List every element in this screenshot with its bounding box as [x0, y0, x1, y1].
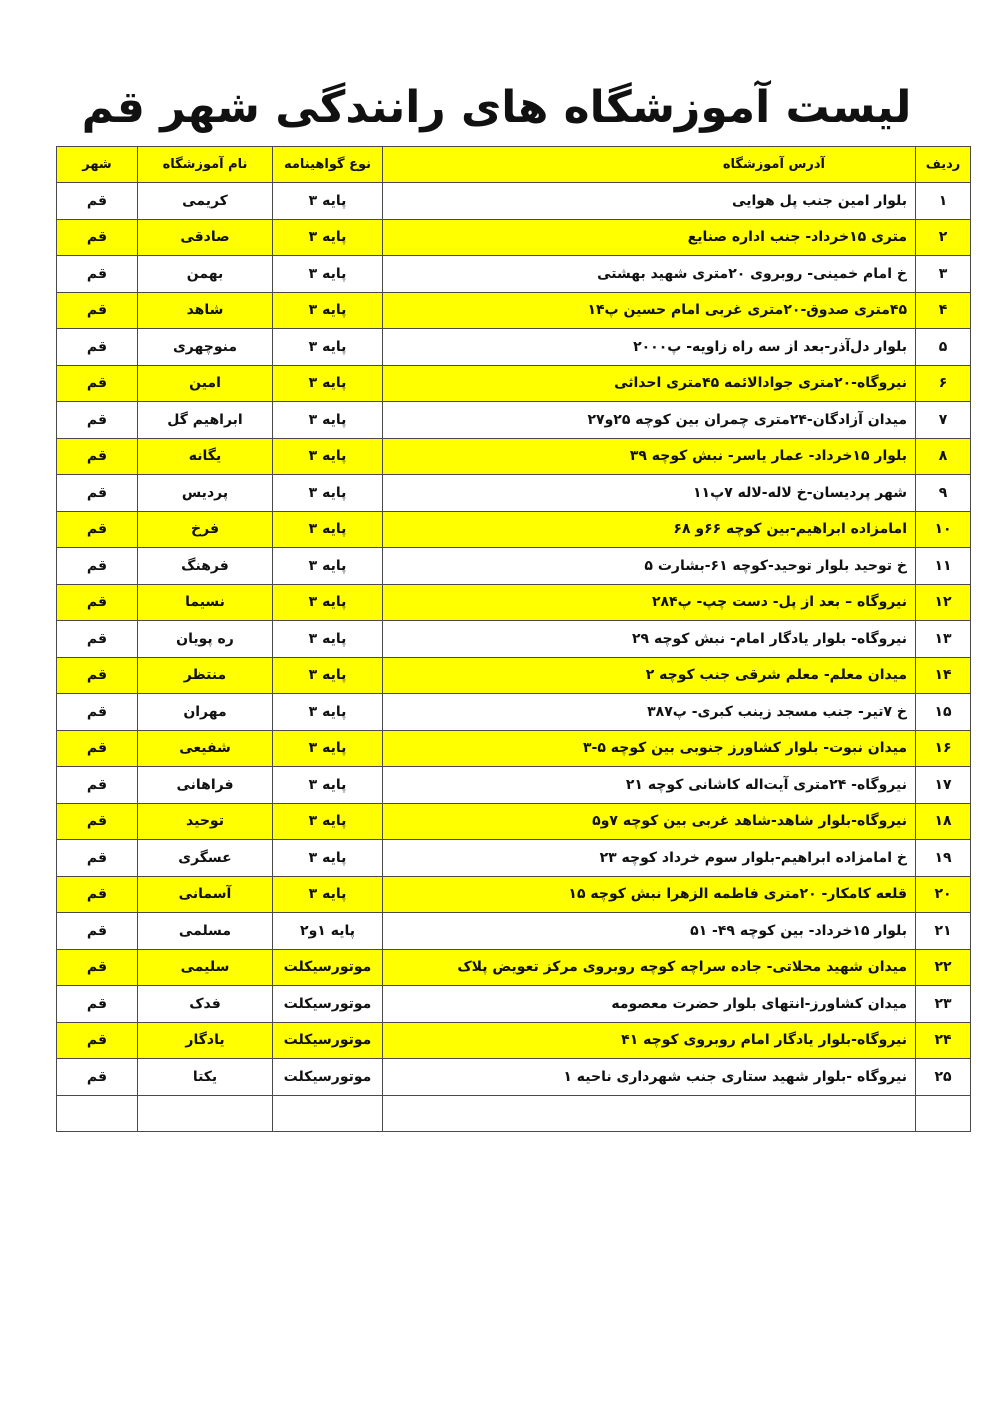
- header-school-name: نام آموزشگاه: [138, 147, 273, 183]
- certificate-type-cell: پایه ۳: [273, 511, 383, 548]
- table-row: ۱۵خ ۷تیر- جنب مسجد زینب کبری- پ۳۸۷پایه ۳…: [57, 694, 971, 731]
- city-cell: قم: [57, 694, 138, 731]
- school-name-cell: نسیما: [138, 584, 273, 621]
- row-number-cell: [916, 1095, 971, 1132]
- page-title: لیست آموزشگاه های رانندگی شهر قم: [0, 78, 993, 138]
- table-row: ۱۹خ امامزاده ابراهیم-بلوار سوم خرداد کوچ…: [57, 840, 971, 877]
- school-name-cell: فرهنگ: [138, 548, 273, 585]
- certificate-type-cell: موتورسیکلت: [273, 1059, 383, 1096]
- driving-schools-table: ردیف آدرس آموزشگاه نوع گواهینامه نام آمو…: [56, 146, 971, 1132]
- row-number-cell: ۴: [916, 292, 971, 329]
- table-row: ۱۸نیروگاه-بلوار شاهد-شاهد غربی بین کوچه …: [57, 803, 971, 840]
- certificate-type-cell: پایه ۳: [273, 584, 383, 621]
- table-row: ۲۲میدان شهید محلاتی- جاده سراچه کوچه روب…: [57, 949, 971, 986]
- city-cell: قم: [57, 475, 138, 512]
- school-name-cell: پردیس: [138, 475, 273, 512]
- address-cell: بلوار دل‌آذر-بعد از سه راه زاویه- پ۲۰۰۰: [383, 329, 916, 366]
- table-row: ۲۰قلعه کامکار- ۲۰متری فاطمه الزهرا نبش ک…: [57, 876, 971, 913]
- table-row: ۱۳نیروگاه- بلوار یادگار امام- نبش کوچه ۲…: [57, 621, 971, 658]
- address-cell: میدان آزادگان-۲۴متری چمران بین کوچه ۲۵و۲…: [383, 402, 916, 439]
- city-cell: قم: [57, 876, 138, 913]
- row-number-cell: ۱۱: [916, 548, 971, 585]
- city-cell: قم: [57, 402, 138, 439]
- row-number-cell: ۲۲: [916, 949, 971, 986]
- school-name-cell: بهمن: [138, 256, 273, 293]
- certificate-type-cell: پایه ۳: [273, 657, 383, 694]
- address-cell: خ ۷تیر- جنب مسجد زینب کبری- پ۳۸۷: [383, 694, 916, 731]
- row-number-cell: ۱۴: [916, 657, 971, 694]
- address-cell: خ امام خمینی- روبروی ۲۰متری شهید بهشتی: [383, 256, 916, 293]
- address-cell: ۴۵متری صدوق-۲۰متری غربی امام حسین پ۱۴: [383, 292, 916, 329]
- header-certificate-type: نوع گواهینامه: [273, 147, 383, 183]
- table-row: ۳خ امام خمینی- روبروی ۲۰متری شهید بهشتیپ…: [57, 256, 971, 293]
- certificate-type-cell: موتورسیکلت: [273, 1022, 383, 1059]
- certificate-type-cell: پایه ۳: [273, 292, 383, 329]
- row-number-cell: ۸: [916, 438, 971, 475]
- table-row: ۲متری ۱۵خرداد- جنب اداره صنایعپایه ۳صادق…: [57, 219, 971, 256]
- city-cell: قم: [57, 365, 138, 402]
- address-cell: [383, 1095, 916, 1132]
- driving-schools-table-container: ردیف آدرس آموزشگاه نوع گواهینامه نام آمو…: [56, 146, 882, 1132]
- row-number-cell: ۲۱: [916, 913, 971, 950]
- city-cell: قم: [57, 511, 138, 548]
- address-cell: نیروگاه-بلوار یادگار امام روبروی کوچه ۴۱: [383, 1022, 916, 1059]
- address-cell: قلعه کامکار- ۲۰متری فاطمه الزهرا نبش کوچ…: [383, 876, 916, 913]
- table-row: ۹شهر پردیسان-خ لاله-لاله ۷پ۱۱پایه ۳پردیس…: [57, 475, 971, 512]
- city-cell: قم: [57, 1022, 138, 1059]
- address-cell: نیروگاه-۲۰متری جوادالائمه ۴۵متری احداثی: [383, 365, 916, 402]
- address-cell: نیروگاه – بعد از پل- دست چپ- پ۲۸۴: [383, 584, 916, 621]
- table-row: ۲۴نیروگاه-بلوار یادگار امام روبروی کوچه …: [57, 1022, 971, 1059]
- city-cell: قم: [57, 986, 138, 1023]
- address-cell: بلوار ۱۵خرداد- عمار یاسر- نبش کوچه ۳۹: [383, 438, 916, 475]
- table-row: ۱۰امامزاده ابراهیم-بین کوچه ۶۶و ۶۸پایه ۳…: [57, 511, 971, 548]
- table-row: ۶نیروگاه-۲۰متری جوادالائمه ۴۵متری احداثی…: [57, 365, 971, 402]
- table-row: ۱۴میدان معلم- معلم شرقی جنب کوچه ۲پایه ۳…: [57, 657, 971, 694]
- address-cell: بلوار امین جنب پل هوایی: [383, 183, 916, 220]
- certificate-type-cell: موتورسیکلت: [273, 986, 383, 1023]
- certificate-type-cell: پایه ۳: [273, 548, 383, 585]
- row-number-cell: ۱۶: [916, 730, 971, 767]
- school-name-cell: فراهانی: [138, 767, 273, 804]
- city-cell: قم: [57, 292, 138, 329]
- row-number-cell: ۱۵: [916, 694, 971, 731]
- row-number-cell: ۶: [916, 365, 971, 402]
- row-number-cell: ۲۰: [916, 876, 971, 913]
- row-number-cell: ۱۹: [916, 840, 971, 877]
- address-cell: خ امامزاده ابراهیم-بلوار سوم خرداد کوچه …: [383, 840, 916, 877]
- school-name-cell: سلیمی: [138, 949, 273, 986]
- city-cell: قم: [57, 657, 138, 694]
- table-row: ۱بلوار امین جنب پل هواییپایه ۳کریمیقم: [57, 183, 971, 220]
- city-cell: قم: [57, 256, 138, 293]
- table-row: ۱۲نیروگاه – بعد از پل- دست چپ- پ۲۸۴پایه …: [57, 584, 971, 621]
- school-name-cell: [138, 1095, 273, 1132]
- school-name-cell: یادگار: [138, 1022, 273, 1059]
- certificate-type-cell: پایه ۳: [273, 876, 383, 913]
- address-cell: نیروگاه -بلوار شهید ستاری جنب شهرداری نا…: [383, 1059, 916, 1096]
- certificate-type-cell: پایه ۱و۲: [273, 913, 383, 950]
- row-number-cell: ۱۸: [916, 803, 971, 840]
- certificate-type-cell: پایه ۳: [273, 767, 383, 804]
- row-number-cell: ۲۴: [916, 1022, 971, 1059]
- table-header-row: ردیف آدرس آموزشگاه نوع گواهینامه نام آمو…: [57, 147, 971, 183]
- certificate-type-cell: پایه ۳: [273, 621, 383, 658]
- row-number-cell: ۱۷: [916, 767, 971, 804]
- school-name-cell: منوچهری: [138, 329, 273, 366]
- certificate-type-cell: پایه ۳: [273, 438, 383, 475]
- table-row-empty: [57, 1095, 971, 1132]
- city-cell: [57, 1095, 138, 1132]
- table-row: ۱۱خ توحید بلوار توحید-کوچه ۶۱-بشارت ۵پای…: [57, 548, 971, 585]
- row-number-cell: ۹: [916, 475, 971, 512]
- row-number-cell: ۲۳: [916, 986, 971, 1023]
- certificate-type-cell: پایه ۳: [273, 402, 383, 439]
- certificate-type-cell: پایه ۳: [273, 730, 383, 767]
- certificate-type-cell: پایه ۳: [273, 365, 383, 402]
- table-row: ۵بلوار دل‌آذر-بعد از سه راه زاویه- پ۲۰۰۰…: [57, 329, 971, 366]
- school-name-cell: مهران: [138, 694, 273, 731]
- address-cell: نیروگاه- بلوار یادگار امام- نبش کوچه ۲۹: [383, 621, 916, 658]
- city-cell: قم: [57, 548, 138, 585]
- school-name-cell: فدک: [138, 986, 273, 1023]
- city-cell: قم: [57, 1059, 138, 1096]
- certificate-type-cell: پایه ۳: [273, 475, 383, 512]
- certificate-type-cell: پایه ۳: [273, 329, 383, 366]
- table-row: ۴۴۵متری صدوق-۲۰متری غربی امام حسین پ۱۴پا…: [57, 292, 971, 329]
- table-row: ۲۵نیروگاه -بلوار شهید ستاری جنب شهرداری …: [57, 1059, 971, 1096]
- table-body: ۱بلوار امین جنب پل هواییپایه ۳کریمیقم۲مت…: [57, 183, 971, 1132]
- row-number-cell: ۱: [916, 183, 971, 220]
- city-cell: قم: [57, 730, 138, 767]
- city-cell: قم: [57, 621, 138, 658]
- school-name-cell: عسگری: [138, 840, 273, 877]
- row-number-cell: ۱۲: [916, 584, 971, 621]
- school-name-cell: منتظر: [138, 657, 273, 694]
- row-number-cell: ۱۳: [916, 621, 971, 658]
- address-cell: میدان نبوت- بلوار کشاورز جنوبی بین کوچه …: [383, 730, 916, 767]
- header-city: شهر: [57, 147, 138, 183]
- table-row: ۱۶میدان نبوت- بلوار کشاورز جنوبی بین کوچ…: [57, 730, 971, 767]
- school-name-cell: صادقی: [138, 219, 273, 256]
- address-cell: شهر پردیسان-خ لاله-لاله ۷پ۱۱: [383, 475, 916, 512]
- table-row: ۸بلوار ۱۵خرداد- عمار یاسر- نبش کوچه ۳۹پا…: [57, 438, 971, 475]
- address-cell: نیروگاه- ۲۴متری آیت‌اله کاشانی کوچه ۲۱: [383, 767, 916, 804]
- city-cell: قم: [57, 949, 138, 986]
- school-name-cell: شاهد: [138, 292, 273, 329]
- certificate-type-cell: پایه ۳: [273, 183, 383, 220]
- address-cell: خ توحید بلوار توحید-کوچه ۶۱-بشارت ۵: [383, 548, 916, 585]
- city-cell: قم: [57, 183, 138, 220]
- address-cell: امامزاده ابراهیم-بین کوچه ۶۶و ۶۸: [383, 511, 916, 548]
- school-name-cell: فرخ: [138, 511, 273, 548]
- city-cell: قم: [57, 584, 138, 621]
- city-cell: قم: [57, 803, 138, 840]
- address-cell: میدان معلم- معلم شرقی جنب کوچه ۲: [383, 657, 916, 694]
- certificate-type-cell: پایه ۳: [273, 219, 383, 256]
- school-name-cell: شفیعی: [138, 730, 273, 767]
- school-name-cell: توحید: [138, 803, 273, 840]
- school-name-cell: مسلمی: [138, 913, 273, 950]
- certificate-type-cell: پایه ۳: [273, 694, 383, 731]
- address-cell: متری ۱۵خرداد- جنب اداره صنایع: [383, 219, 916, 256]
- city-cell: قم: [57, 840, 138, 877]
- address-cell: میدان شهید محلاتی- جاده سراچه کوچه روبرو…: [383, 949, 916, 986]
- city-cell: قم: [57, 438, 138, 475]
- certificate-type-cell: پایه ۳: [273, 840, 383, 877]
- address-cell: نیروگاه-بلوار شاهد-شاهد غربی بین کوچه ۷و…: [383, 803, 916, 840]
- header-row-number: ردیف: [916, 147, 971, 183]
- city-cell: قم: [57, 329, 138, 366]
- row-number-cell: ۱۰: [916, 511, 971, 548]
- certificate-type-cell: پایه ۳: [273, 803, 383, 840]
- row-number-cell: ۵: [916, 329, 971, 366]
- row-number-cell: ۳: [916, 256, 971, 293]
- certificate-type-cell: پایه ۳: [273, 256, 383, 293]
- school-name-cell: ره پویان: [138, 621, 273, 658]
- school-name-cell: ابراهیم گل: [138, 402, 273, 439]
- address-cell: بلوار ۱۵خرداد- بین کوچه ۴۹- ۵۱: [383, 913, 916, 950]
- school-name-cell: یگانه: [138, 438, 273, 475]
- row-number-cell: ۲۵: [916, 1059, 971, 1096]
- row-number-cell: ۷: [916, 402, 971, 439]
- address-cell: میدان کشاورز-انتهای بلوار حضرت معصومه: [383, 986, 916, 1023]
- table-row: ۷میدان آزادگان-۲۴متری چمران بین کوچه ۲۵و…: [57, 402, 971, 439]
- table-row: ۲۳میدان کشاورز-انتهای بلوار حضرت معصومهم…: [57, 986, 971, 1023]
- city-cell: قم: [57, 219, 138, 256]
- certificate-type-cell: موتورسیکلت: [273, 949, 383, 986]
- certificate-type-cell: [273, 1095, 383, 1132]
- school-name-cell: امین: [138, 365, 273, 402]
- city-cell: قم: [57, 767, 138, 804]
- school-name-cell: آسمانی: [138, 876, 273, 913]
- table-row: ۱۷نیروگاه- ۲۴متری آیت‌اله کاشانی کوچه ۲۱…: [57, 767, 971, 804]
- header-address: آدرس آموزشگاه: [383, 147, 916, 183]
- school-name-cell: کریمی: [138, 183, 273, 220]
- row-number-cell: ۲: [916, 219, 971, 256]
- table-row: ۲۱بلوار ۱۵خرداد- بین کوچه ۴۹- ۵۱پایه ۱و۲…: [57, 913, 971, 950]
- city-cell: قم: [57, 913, 138, 950]
- school-name-cell: یکتا: [138, 1059, 273, 1096]
